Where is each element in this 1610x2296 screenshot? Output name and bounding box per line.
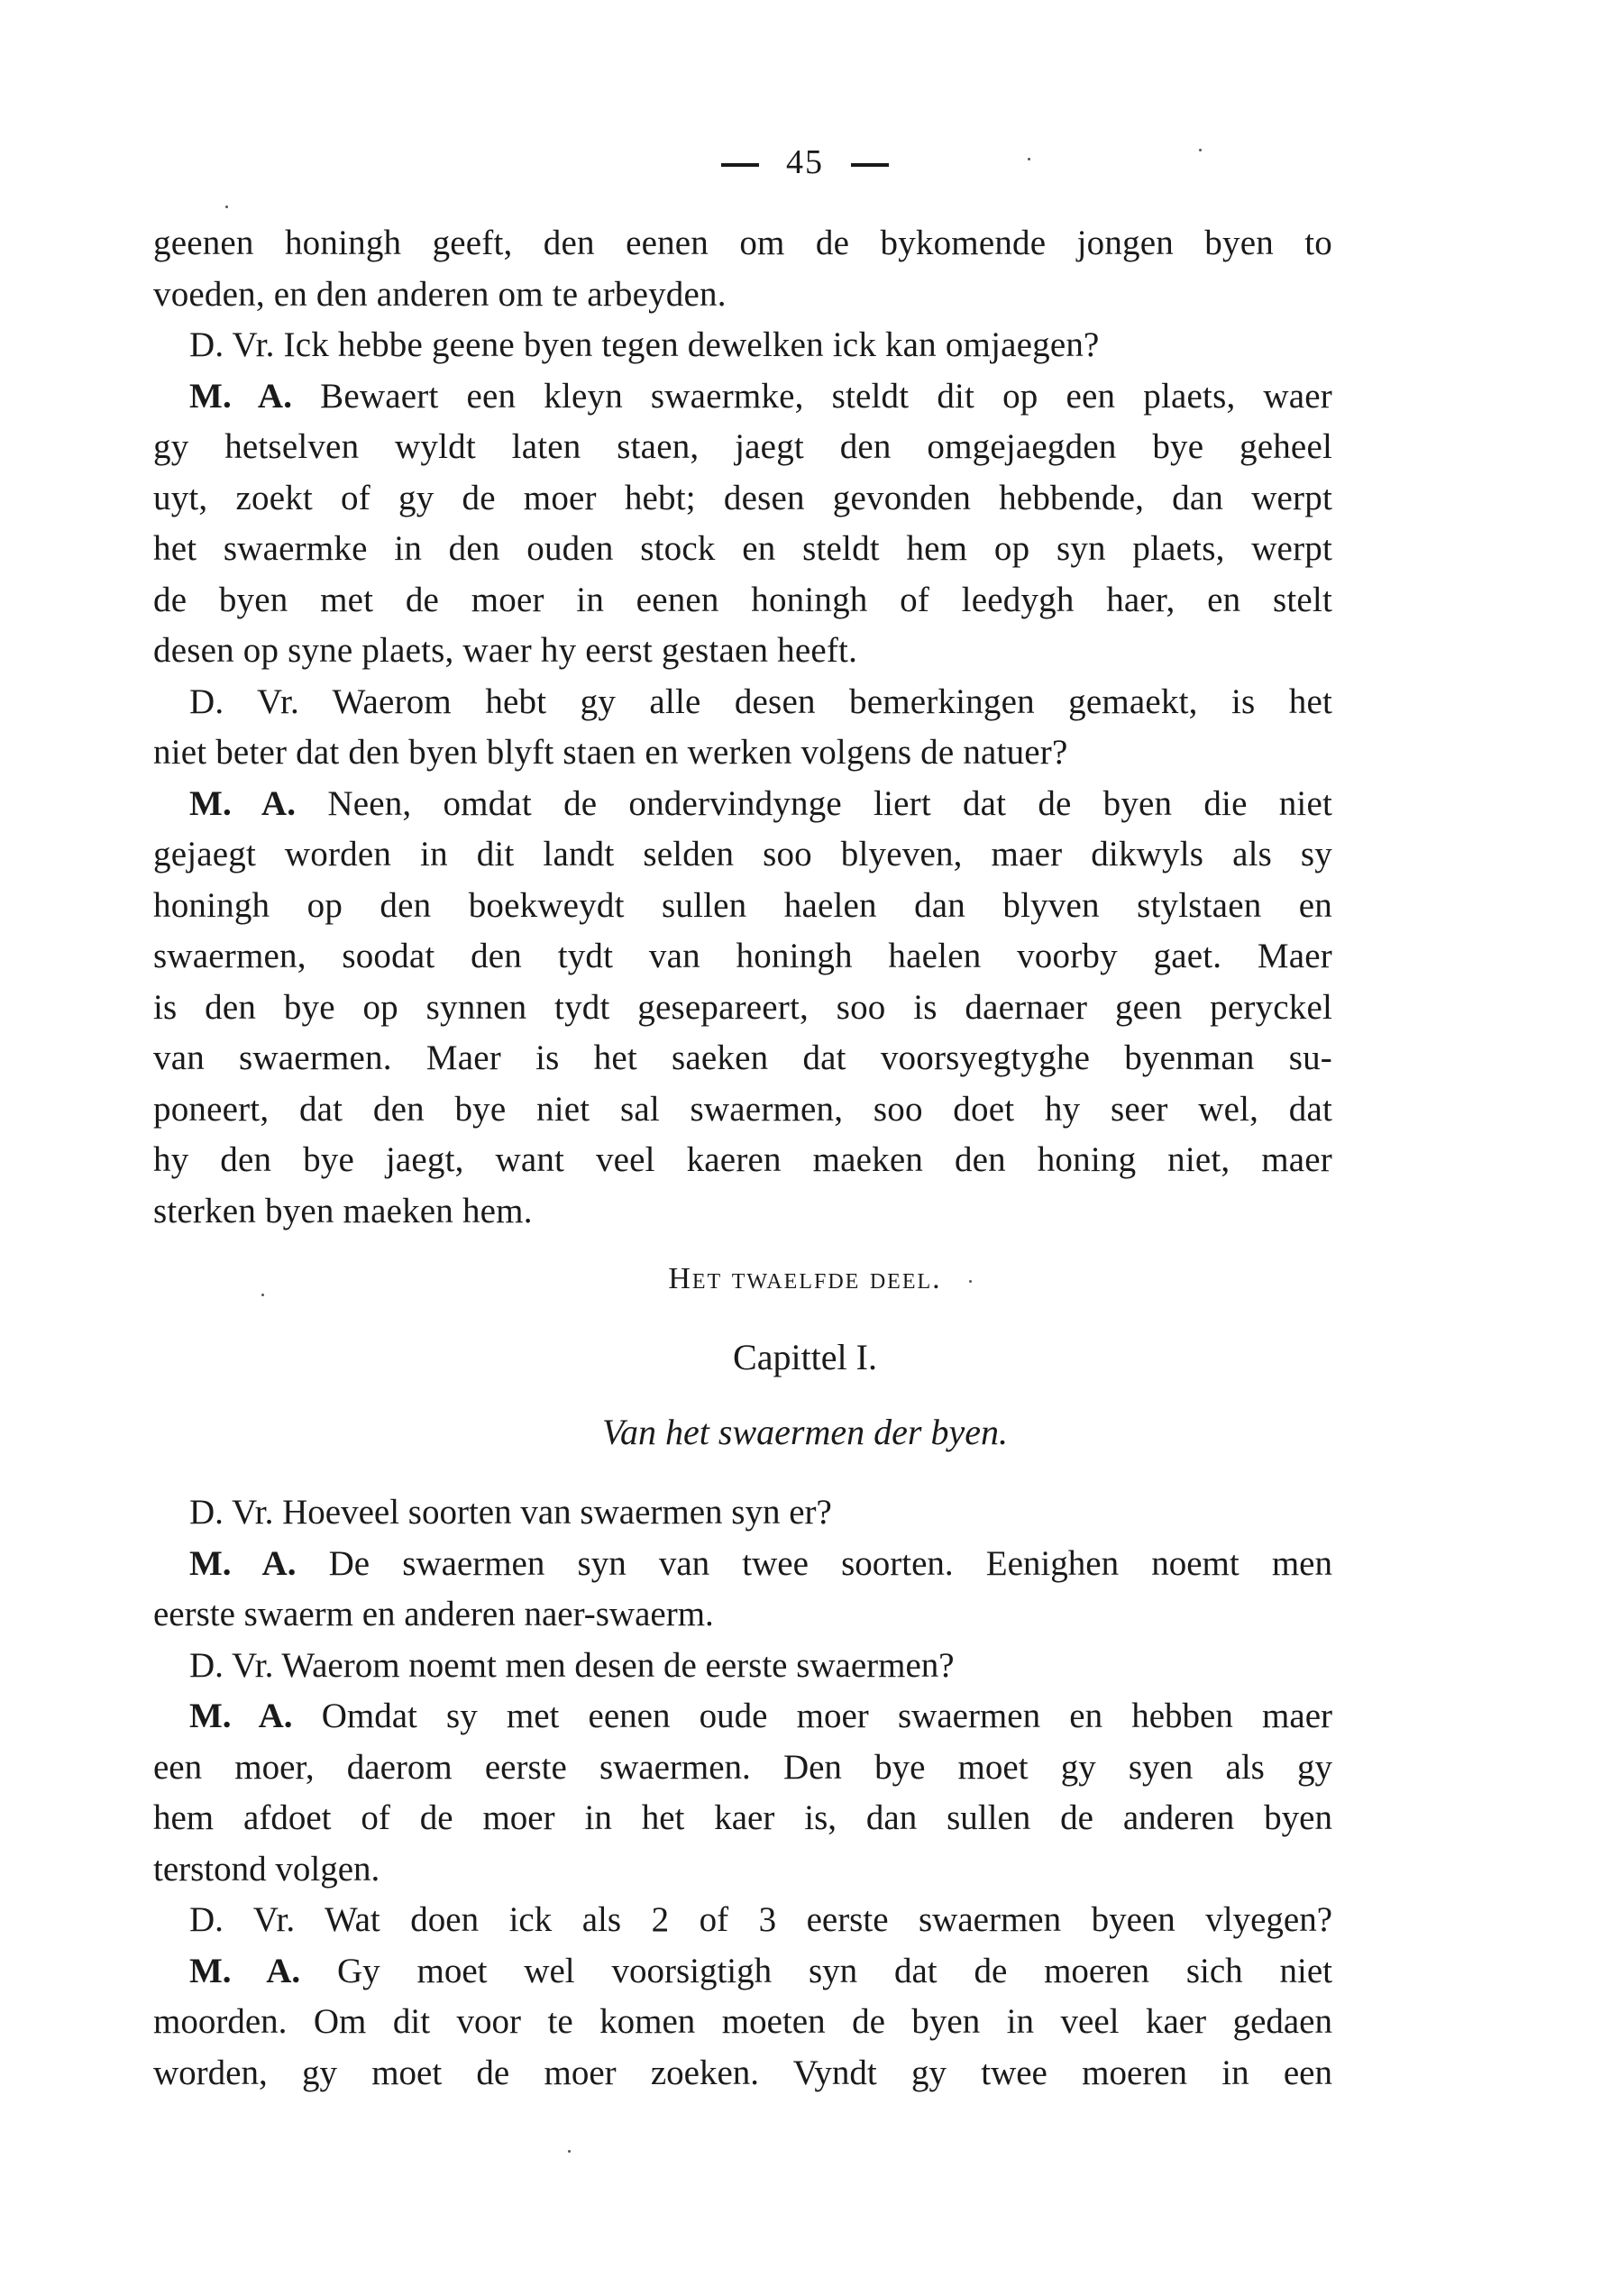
line-text: van swaermen. Maer is het saeken dat voo… (153, 1038, 1332, 1077)
scan-speck (1199, 149, 1202, 151)
line-text: sterken byen maeken hem. (153, 1192, 533, 1230)
scan-speck (261, 1294, 264, 1296)
text-line: M. A. De swaermen syn van twee soorten. … (153, 1539, 1332, 1590)
question-marker: D. Vr. (189, 1493, 282, 1532)
line-text: niet beter dat den byen blyft staen en w… (153, 733, 1068, 772)
line-text: Waerom noemt men desen de eerste swaerme… (281, 1646, 954, 1685)
chapter-title: Capittel I. (0, 1336, 1610, 1378)
line-text: de byen met de moer in eenen honingh of … (153, 581, 1332, 619)
answer-marker: M. A. (189, 1952, 337, 1990)
line-text: een moer, daerom eerste swaermen. Den by… (153, 1748, 1332, 1787)
text-line: geenen honingh geeft, den eenen om de by… (153, 218, 1332, 270)
line-text: terstond volgen. (153, 1850, 380, 1889)
text-line: M. A. Gy moet wel voorsigtigh syn dat de… (153, 1946, 1332, 1998)
question-marker: D. Vr. (189, 1900, 325, 1939)
text-line: sterken byen maeken hem. (153, 1186, 1332, 1238)
line-text: worden, gy moet de moer zoeken. Vyndt gy… (153, 2054, 1332, 2092)
text-line: worden, gy moet de moer zoeken. Vyndt gy… (153, 2048, 1332, 2099)
line-text: Waerom hebt gy alle desen bemerkingen ge… (333, 682, 1332, 721)
book-page: 45 geenen honingh geeft, den eenen om de… (0, 0, 1610, 2296)
line-text: geenen honingh geeft, den eenen om de by… (153, 224, 1332, 262)
text-line: M. A. Omdat sy met eenen oude moer swaer… (153, 1691, 1332, 1743)
answer-marker: M. A. (189, 1544, 329, 1583)
scan-speck (1028, 158, 1030, 160)
line-text: gy hetselven wyldt laten staen, jaegt de… (153, 427, 1332, 466)
text-line: D. Vr. Ick hebbe geene byen tegen dewelk… (153, 320, 1332, 371)
part-title: Het twaelfde deel. (0, 1262, 1610, 1296)
text-line: D. Vr. Waerom noemt men desen de eerste … (153, 1641, 1332, 1692)
scan-speck (969, 1280, 972, 1283)
text-line: van swaermen. Maer is het saeken dat voo… (153, 1033, 1332, 1084)
text-line: het swaermke in den ouden stock en steld… (153, 524, 1332, 575)
text-line: is den bye op synnen tydt geseparеert, s… (153, 983, 1332, 1034)
line-text: het swaermke in den ouden stock en steld… (153, 529, 1332, 568)
body-text-block-2: D. Vr. Hoeveel soorten van swaermen syn … (153, 1487, 1332, 2099)
text-line: gy hetselven wyldt laten staen, jaegt de… (153, 422, 1332, 473)
text-line: uyt, zoekt of gy de moer hebt; desen gev… (153, 473, 1332, 525)
line-text: hy den bye jaegt, want veel kaeren maeke… (153, 1140, 1332, 1179)
text-line: de byen met de moer in eenen honingh of … (153, 575, 1332, 627)
dash-left (721, 163, 759, 167)
text-line: moorden. Om dit voor te komen moeten de … (153, 1997, 1332, 2048)
text-line: D. Vr. Wat doen ick als 2 of 3 eerste sw… (153, 1895, 1332, 1946)
line-text: eerste swaerm en anderen naer-swaerm. (153, 1595, 714, 1633)
question-marker: D. Vr. (189, 325, 284, 364)
text-line: M. A. Bewaert een kleyn swaermke, steldt… (153, 371, 1332, 423)
line-text: voeden, en den anderen om te arbeyden. (153, 275, 727, 314)
line-text: Wat doen ick als 2 of 3 eerste swaermen … (325, 1900, 1332, 1939)
line-text: poneert, dat den bye niet sal swaermen, … (153, 1090, 1332, 1129)
scan-speck (225, 206, 228, 208)
text-line: swaermen, soodat den tydt van honingh ha… (153, 931, 1332, 983)
question-marker: D. Vr. (189, 1646, 281, 1685)
line-text: Bewaert een kleyn swaermke, steldt dit o… (320, 377, 1332, 416)
page-number-header: 45 (0, 135, 1610, 189)
scan-speck (568, 2150, 571, 2153)
text-line: D. Vr. Hoeveel soorten van swaermen syn … (153, 1487, 1332, 1539)
line-text: De swaermen syn van twee soorten. Eenigh… (329, 1544, 1332, 1583)
line-text: swaermen, soodat den tydt van honingh ha… (153, 937, 1332, 975)
text-line: een moer, daerom eerste swaermen. Den by… (153, 1743, 1332, 1794)
text-line: gejaegt worden in dit landt selden soo b… (153, 829, 1332, 881)
answer-marker: M. A. (189, 784, 327, 823)
answer-marker: M. A. (189, 1697, 322, 1735)
line-text: gejaegt worden in dit landt selden soo b… (153, 835, 1332, 874)
text-line: hem afdoet of de moer in het kaer is, da… (153, 1793, 1332, 1844)
line-text: desen op syne plaets, waer hy eerst gest… (153, 631, 857, 670)
text-line: voeden, en den anderen om te arbeyden. (153, 270, 1332, 321)
line-text: Ick hebbe geene byen tegen dewelken ick … (284, 325, 1100, 364)
line-text: Gy moet wel voorsigtigh syn dat de moere… (337, 1952, 1332, 1990)
body-text-block-1: geenen honingh geeft, den eenen om de by… (153, 218, 1332, 1237)
line-text: moorden. Om dit voor te komen moeten de … (153, 2002, 1332, 2041)
question-marker: D. Vr. (189, 682, 333, 721)
text-line: terstond volgen. (153, 1844, 1332, 1896)
page-number: 45 (786, 143, 824, 181)
line-text: Omdat sy met eenen oude moer swaermen en… (322, 1697, 1332, 1735)
line-text: hem afdoet of de moer in het kaer is, da… (153, 1798, 1332, 1837)
text-line: poneert, dat den bye niet sal swaermen, … (153, 1084, 1332, 1136)
text-line: desen op syne plaets, waer hy eerst gest… (153, 626, 1332, 677)
text-line: honingh op den boekweydt sullen haelen d… (153, 881, 1332, 932)
text-line: D. Vr. Waerom hebt gy alle desen bemerki… (153, 677, 1332, 728)
text-line: eerste swaerm en anderen naer-swaerm. (153, 1589, 1332, 1641)
text-line: niet beter dat den byen blyft staen en w… (153, 727, 1332, 779)
line-text: Neen, omdat de ondervindynge liert dat d… (327, 784, 1332, 823)
line-text: honingh op den boekweydt sullen haelen d… (153, 886, 1332, 925)
line-text: Hoeveel soorten van swaermen syn er? (282, 1493, 832, 1532)
chapter-subtitle: Van het swaermen der byen. (0, 1411, 1610, 1453)
answer-marker: M. A. (189, 377, 320, 416)
dash-right (851, 163, 889, 167)
line-text: uyt, zoekt of gy de moer hebt; desen gev… (153, 479, 1332, 517)
line-text: is den bye op synnen tydt geseparеert, s… (153, 988, 1332, 1027)
text-line: hy den bye jaegt, want veel kaeren maeke… (153, 1135, 1332, 1186)
text-line: M. A. Neen, omdat de ondervindynge liert… (153, 779, 1332, 830)
